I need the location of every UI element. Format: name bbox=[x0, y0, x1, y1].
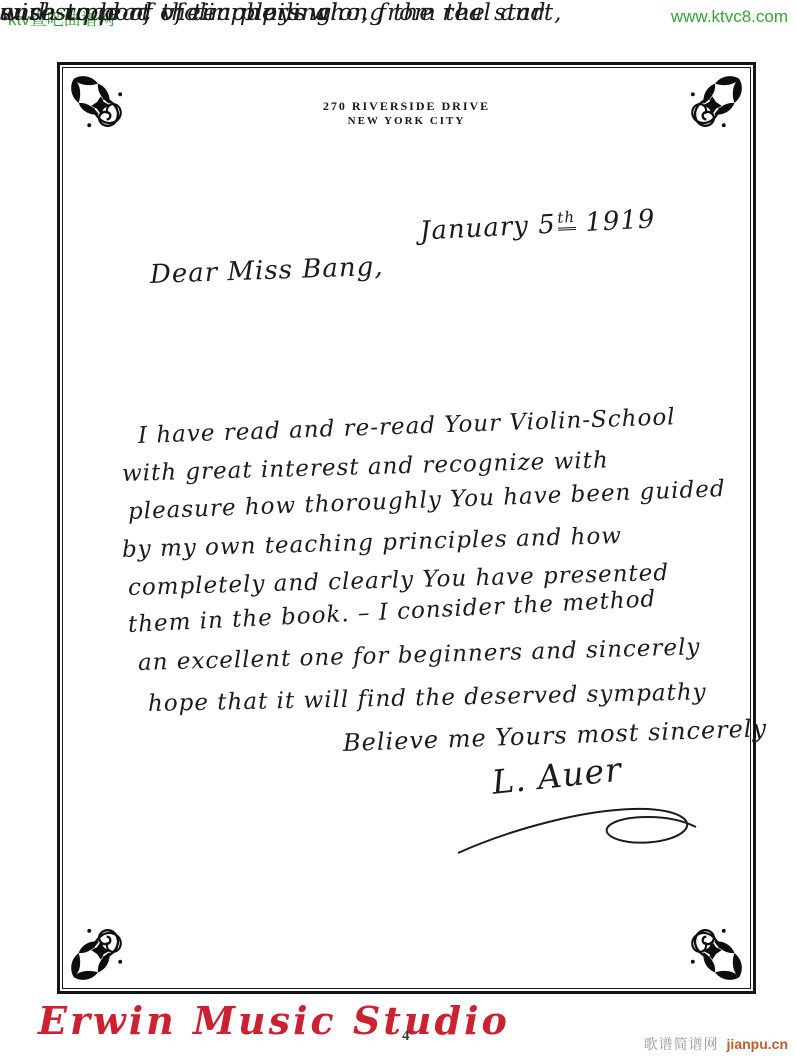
page-number: 4 bbox=[402, 1028, 410, 1045]
scanned-letter-page: ktv查吧曲谱网 www.ktvc8.com bbox=[0, 0, 796, 1061]
signature-flourish-icon bbox=[452, 795, 702, 865]
letterhead-city-line: NEW YORK CITY bbox=[60, 115, 753, 127]
watermark-bottom-right-cn: 歌谱简谱网 bbox=[644, 1036, 719, 1052]
studio-watermark: Erwin Music Studio bbox=[38, 998, 510, 1043]
letterhead: 270 RIVERSIDE DRIVE NEW YORK CITY bbox=[60, 99, 753, 127]
watermark-bottom-right: 歌谱简谱网 jianpu.cn bbox=[644, 1034, 788, 1054]
letter-body-line: sure road of violin playing bbox=[0, 0, 333, 26]
floral-corner-ornament-bottom-right-icon bbox=[687, 925, 745, 983]
letterhead-address-line: 270 RIVERSIDE DRIVE bbox=[60, 99, 753, 114]
floral-corner-ornament-bottom-left-icon bbox=[68, 925, 126, 983]
letter-date-year: 1919 bbox=[585, 204, 657, 238]
watermark-top-right: www.ktvc8.com bbox=[671, 7, 788, 27]
watermark-bottom-right-en: jianpu.cn bbox=[727, 1036, 788, 1052]
letter-date-ordinal: th bbox=[557, 208, 576, 231]
